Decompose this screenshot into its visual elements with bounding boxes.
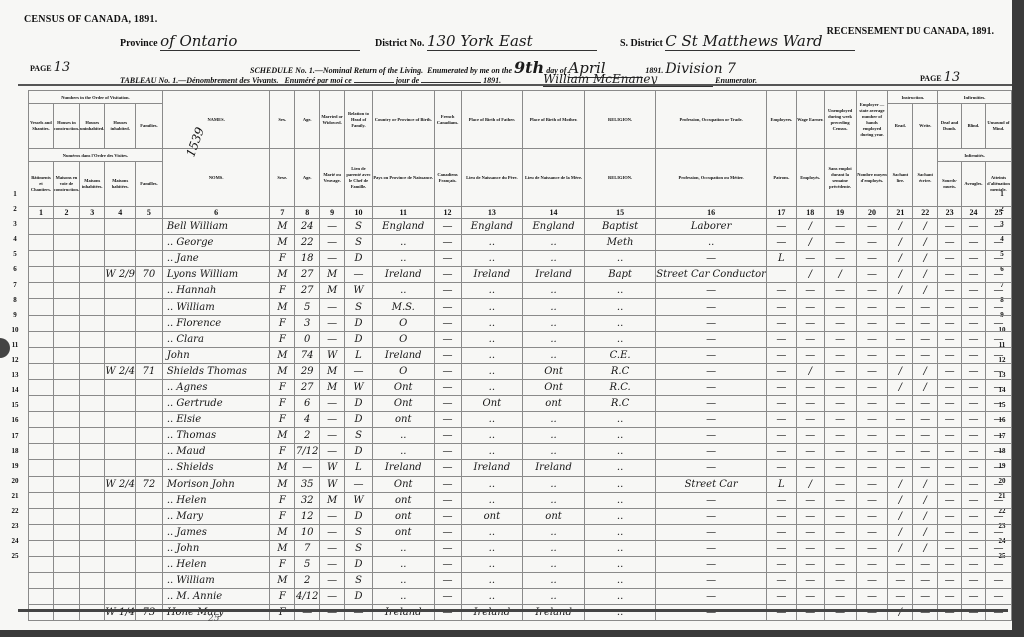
cell-emp bbox=[766, 267, 796, 283]
cell-name: .. M. Annie bbox=[162, 589, 270, 605]
cell-rel: — bbox=[345, 267, 373, 283]
table-row: .. WilliamM2—S..—......—————————— bbox=[29, 573, 1012, 589]
cell-c5 bbox=[135, 524, 162, 540]
cell-deaf: — bbox=[938, 508, 962, 524]
cell-rel: D bbox=[345, 331, 373, 347]
cell-religion: .. bbox=[584, 444, 655, 460]
cell-religion: .. bbox=[584, 331, 655, 347]
cell-hands: — bbox=[856, 251, 888, 267]
cell-mar: — bbox=[320, 589, 345, 605]
cell-rel: S bbox=[345, 573, 373, 589]
cell-mother: England bbox=[523, 219, 585, 235]
cell-mar: W bbox=[320, 347, 345, 363]
cell-father: Ireland bbox=[461, 605, 523, 621]
cell-mar: — bbox=[320, 331, 345, 347]
cell-fr: — bbox=[434, 524, 461, 540]
cell-blind: — bbox=[962, 379, 986, 395]
subdistrict-value: C St Matthews Ward bbox=[665, 32, 855, 51]
cell-write: — bbox=[913, 605, 938, 621]
cell-age: 12 bbox=[295, 508, 320, 524]
column-header-en: Sex. bbox=[270, 91, 295, 149]
column-header-en: Married or Widowed. bbox=[320, 91, 345, 149]
cell-sex: F bbox=[270, 315, 295, 331]
cell-empty bbox=[80, 347, 105, 363]
cell-rel: S bbox=[345, 235, 373, 251]
cell-unemp: — bbox=[824, 508, 856, 524]
cell-wage: — bbox=[796, 492, 824, 508]
row-number: 7 bbox=[6, 278, 24, 293]
cell-religion: Bapt bbox=[584, 267, 655, 283]
cell-rel: S bbox=[345, 428, 373, 444]
cell-father: .. bbox=[461, 315, 523, 331]
cell-c5 bbox=[135, 492, 162, 508]
cell-deaf: — bbox=[938, 299, 962, 315]
cell-religion: .. bbox=[584, 315, 655, 331]
cell-birth: .. bbox=[372, 556, 434, 572]
cell-wage: — bbox=[796, 540, 824, 556]
cell-religion: R.C bbox=[584, 363, 655, 379]
cell-c5 bbox=[135, 589, 162, 605]
cell-religion: C.E. bbox=[584, 347, 655, 363]
cell-hands: — bbox=[856, 605, 888, 621]
cell-hands: — bbox=[856, 476, 888, 492]
cell-name: John bbox=[162, 347, 270, 363]
cell-religion: .. bbox=[584, 299, 655, 315]
column-number: 8 bbox=[295, 207, 320, 219]
cell-name: Lyons William bbox=[162, 267, 270, 283]
cell-mother: .. bbox=[523, 573, 585, 589]
cell-mar: — bbox=[320, 219, 345, 235]
cell-age: — bbox=[295, 605, 320, 621]
page-label: PAGE bbox=[920, 74, 942, 83]
cell-read: — bbox=[888, 347, 913, 363]
cell-empty bbox=[80, 219, 105, 235]
cell-occ: — bbox=[656, 524, 767, 540]
cell-c4 bbox=[105, 315, 136, 331]
cell-empty bbox=[80, 267, 105, 283]
cell-wage: / bbox=[796, 476, 824, 492]
cell-religion: .. bbox=[584, 573, 655, 589]
cell-mar: W bbox=[320, 460, 345, 476]
cell-write: — bbox=[913, 331, 938, 347]
cell-unsound: — bbox=[985, 267, 1011, 283]
cell-father: Ont bbox=[461, 396, 523, 412]
cell-empty bbox=[80, 589, 105, 605]
cell-empty bbox=[53, 540, 79, 556]
cell-blind: — bbox=[962, 219, 986, 235]
cell-unsound: — bbox=[985, 476, 1011, 492]
column-number: 23 bbox=[938, 207, 962, 219]
cell-name: .. Agnes bbox=[162, 379, 270, 395]
cell-father: .. bbox=[461, 299, 523, 315]
header-group-dwellings: Numbers in the Order of Visitation. bbox=[29, 91, 163, 104]
cell-sex: M bbox=[270, 235, 295, 251]
cell-empty bbox=[80, 283, 105, 299]
cell-name: .. Elsie bbox=[162, 412, 270, 428]
cell-empty bbox=[29, 267, 54, 283]
cell-unsound: — bbox=[985, 219, 1011, 235]
cell-emp: — bbox=[766, 589, 796, 605]
row-number: 1 bbox=[6, 187, 24, 202]
cell-age: 10 bbox=[295, 524, 320, 540]
cell-empty bbox=[53, 396, 79, 412]
cell-c4: W 2/4 bbox=[105, 476, 136, 492]
cell-blind: — bbox=[962, 283, 986, 299]
cell-empty bbox=[29, 573, 54, 589]
cell-mar: — bbox=[320, 605, 345, 621]
cell-empty bbox=[29, 524, 54, 540]
cell-name: .. Helen bbox=[162, 492, 270, 508]
cell-name: Bell William bbox=[162, 219, 270, 235]
cell-unemp: — bbox=[824, 460, 856, 476]
cell-empty bbox=[29, 476, 54, 492]
cell-sex: M bbox=[270, 363, 295, 379]
cell-age: 4 bbox=[295, 412, 320, 428]
cell-unsound: — bbox=[985, 573, 1011, 589]
cell-unemp: — bbox=[824, 219, 856, 235]
cell-mar: — bbox=[320, 524, 345, 540]
cell-age: 5 bbox=[295, 299, 320, 315]
cell-read: — bbox=[888, 331, 913, 347]
cell-write: — bbox=[913, 573, 938, 589]
cell-wage: — bbox=[796, 605, 824, 621]
row-number: 15 bbox=[6, 398, 24, 413]
cell-blind: — bbox=[962, 428, 986, 444]
cell-mar: — bbox=[320, 396, 345, 412]
column-header-fr: Nombre moyen d'employés. bbox=[856, 149, 888, 207]
cell-c5 bbox=[135, 347, 162, 363]
cell-empty bbox=[29, 396, 54, 412]
cell-hands: — bbox=[856, 412, 888, 428]
cell-empty bbox=[29, 379, 54, 395]
cell-fr: — bbox=[434, 283, 461, 299]
cell-empty bbox=[80, 573, 105, 589]
table-row: .. ElsieF4—Dont—......—————————— bbox=[29, 412, 1012, 428]
cell-unemp: — bbox=[824, 492, 856, 508]
cell-rel: D bbox=[345, 251, 373, 267]
cell-name: .. John bbox=[162, 540, 270, 556]
page-number-left: PAGE 13 bbox=[30, 60, 70, 75]
cell-empty bbox=[80, 508, 105, 524]
cell-name: .. James bbox=[162, 524, 270, 540]
cell-occ: .. bbox=[656, 235, 767, 251]
row-number: 23 bbox=[6, 519, 24, 534]
cell-rel: S bbox=[345, 299, 373, 315]
cell-deaf: — bbox=[938, 428, 962, 444]
column-header-en: Houses inhabited. bbox=[105, 104, 136, 149]
column-header-en: French Canadians. bbox=[434, 91, 461, 149]
cell-blind: — bbox=[962, 524, 986, 540]
cell-empty bbox=[29, 331, 54, 347]
cell-emp: — bbox=[766, 524, 796, 540]
cell-fr: — bbox=[434, 315, 461, 331]
cell-mother: .. bbox=[523, 347, 585, 363]
cell-mar: — bbox=[320, 428, 345, 444]
cell-name: .. Clara bbox=[162, 331, 270, 347]
table-row: .. ShieldsM—WLIreland—IrelandIreland..——… bbox=[29, 460, 1012, 476]
cell-mar: — bbox=[320, 235, 345, 251]
cell-c4 bbox=[105, 412, 136, 428]
cell-name: .. Helen bbox=[162, 556, 270, 572]
cell-deaf: — bbox=[938, 315, 962, 331]
cell-blind: — bbox=[962, 396, 986, 412]
cell-emp: — bbox=[766, 363, 796, 379]
cell-write: — bbox=[913, 347, 938, 363]
cell-wage: — bbox=[796, 396, 824, 412]
cell-sex: F bbox=[270, 444, 295, 460]
cell-unemp: — bbox=[824, 347, 856, 363]
cell-sex: F bbox=[270, 556, 295, 572]
cell-read: — bbox=[888, 556, 913, 572]
row-number: 9 bbox=[6, 308, 24, 323]
column-header-fr: Canadiens Français. bbox=[434, 149, 461, 207]
cell-unsound: — bbox=[985, 235, 1011, 251]
cell-empty bbox=[53, 556, 79, 572]
cell-fr: — bbox=[434, 540, 461, 556]
column-number: 14 bbox=[523, 207, 585, 219]
cell-age: 35 bbox=[295, 476, 320, 492]
cell-unemp: — bbox=[824, 315, 856, 331]
cell-unemp: — bbox=[824, 235, 856, 251]
column-header-en: Houses uninhabited. bbox=[80, 104, 105, 149]
cell-blind: — bbox=[962, 540, 986, 556]
column-header-fr: Employés. bbox=[796, 149, 824, 207]
cell-name: .. William bbox=[162, 299, 270, 315]
column-header-en: Unsound of Mind. bbox=[985, 104, 1011, 149]
cell-birth: Ireland bbox=[372, 460, 434, 476]
cell-c4 bbox=[105, 331, 136, 347]
cell-mother: .. bbox=[523, 299, 585, 315]
cell-occ: — bbox=[656, 347, 767, 363]
cell-c4 bbox=[105, 556, 136, 572]
row-number: 24 bbox=[6, 534, 24, 549]
cell-wage: — bbox=[796, 444, 824, 460]
cell-name: .. Mary bbox=[162, 508, 270, 524]
row-number: 18 bbox=[6, 444, 24, 459]
cell-mother: ont bbox=[523, 396, 585, 412]
cell-age: 7/12 bbox=[295, 444, 320, 460]
cell-fr: — bbox=[434, 363, 461, 379]
cell-fr: — bbox=[434, 396, 461, 412]
cell-occ: — bbox=[656, 379, 767, 395]
column-number: 20 bbox=[856, 207, 888, 219]
cell-rel: L bbox=[345, 460, 373, 476]
cell-wage: — bbox=[796, 283, 824, 299]
cell-religion: .. bbox=[584, 540, 655, 556]
table-row: .. JohnM7—S..—......—————//——— bbox=[29, 540, 1012, 556]
cell-blind: — bbox=[962, 412, 986, 428]
cell-birth: .. bbox=[372, 589, 434, 605]
cell-mar: M bbox=[320, 363, 345, 379]
cell-emp: — bbox=[766, 444, 796, 460]
cell-rel: S bbox=[345, 219, 373, 235]
census-title-en: CENSUS OF CANADA, 1891. bbox=[24, 14, 157, 25]
cell-empty bbox=[53, 444, 79, 460]
cell-father: .. bbox=[461, 428, 523, 444]
cell-empty bbox=[53, 235, 79, 251]
cell-father: England bbox=[461, 219, 523, 235]
cell-c5 bbox=[135, 379, 162, 395]
cell-blind: — bbox=[962, 363, 986, 379]
column-header-fr: NOMS. bbox=[162, 149, 270, 207]
cell-occ: — bbox=[656, 573, 767, 589]
cell-c4 bbox=[105, 219, 136, 235]
cell-c4 bbox=[105, 235, 136, 251]
cell-sex: M bbox=[270, 573, 295, 589]
table-row: .. JaneF18—D..—......—L———//——— bbox=[29, 251, 1012, 267]
cell-occ: — bbox=[656, 412, 767, 428]
cell-write: / bbox=[913, 219, 938, 235]
cell-hands: — bbox=[856, 299, 888, 315]
cell-mother: .. bbox=[523, 589, 585, 605]
cell-c5 bbox=[135, 556, 162, 572]
cell-age: 27 bbox=[295, 267, 320, 283]
cell-unsound: — bbox=[985, 556, 1011, 572]
cell-father: ont bbox=[461, 508, 523, 524]
cell-birth: Ont bbox=[372, 396, 434, 412]
column-header-en: Families. bbox=[135, 104, 162, 149]
cell-rel: S bbox=[345, 540, 373, 556]
table-row: .. HelenF32MWont—......—————//——— bbox=[29, 492, 1012, 508]
cell-read: — bbox=[888, 396, 913, 412]
cell-birth: .. bbox=[372, 540, 434, 556]
column-header-fr: RELIGION. bbox=[584, 149, 655, 207]
cell-occ: Street Car bbox=[656, 476, 767, 492]
table-row: W 1/473Hone MaryF———Ireland—IrelandIrela… bbox=[29, 605, 1012, 621]
cell-c5 bbox=[135, 315, 162, 331]
column-header-fr: Profession, Occupation ou Métier. bbox=[656, 149, 767, 207]
cell-c4 bbox=[105, 396, 136, 412]
cell-fr: — bbox=[434, 219, 461, 235]
cell-father: .. bbox=[461, 492, 523, 508]
cell-c5: 70 bbox=[135, 267, 162, 283]
cell-wage: / bbox=[796, 219, 824, 235]
page-value: 13 bbox=[54, 60, 71, 75]
column-number: 9 bbox=[320, 207, 345, 219]
district-value: 130 York East bbox=[427, 32, 597, 51]
cell-sex: F bbox=[270, 331, 295, 347]
column-number: 10 bbox=[345, 207, 373, 219]
cell-father: .. bbox=[461, 412, 523, 428]
cell-rel: W bbox=[345, 283, 373, 299]
cell-write: / bbox=[913, 476, 938, 492]
cell-rel: — bbox=[345, 476, 373, 492]
cell-birth: Ireland bbox=[372, 267, 434, 283]
row-number: 8 bbox=[6, 293, 24, 308]
column-header-en: Age. bbox=[295, 91, 320, 149]
cell-blind: — bbox=[962, 251, 986, 267]
cell-rel: D bbox=[345, 315, 373, 331]
cell-birth: ont bbox=[372, 412, 434, 428]
cell-occ: — bbox=[656, 283, 767, 299]
cell-wage: — bbox=[796, 331, 824, 347]
cell-c5 bbox=[135, 219, 162, 235]
cell-father: Ireland bbox=[461, 460, 523, 476]
row-numbers-left: 1234567891011121314151617181920212223242… bbox=[6, 187, 24, 564]
cell-occ: — bbox=[656, 444, 767, 460]
column-header-en: Employer — state average number of hands… bbox=[856, 91, 888, 149]
column-header-fr: Maisons habitées. bbox=[105, 162, 136, 207]
column-header-fr: Lieu de Naissance du Père. bbox=[461, 149, 523, 207]
cell-unemp: — bbox=[824, 379, 856, 395]
cell-deaf: — bbox=[938, 283, 962, 299]
cell-blind: — bbox=[962, 299, 986, 315]
cell-empty bbox=[53, 363, 79, 379]
cell-name: .. Hannah bbox=[162, 283, 270, 299]
cell-blind: — bbox=[962, 315, 986, 331]
cell-hands: — bbox=[856, 444, 888, 460]
cell-c4 bbox=[105, 508, 136, 524]
cell-unemp: — bbox=[824, 444, 856, 460]
cell-fr: — bbox=[434, 412, 461, 428]
scan-edge-bottom bbox=[0, 630, 1024, 637]
cell-occ: — bbox=[656, 508, 767, 524]
cell-read: / bbox=[888, 363, 913, 379]
cell-empty bbox=[53, 573, 79, 589]
cell-empty bbox=[80, 331, 105, 347]
cell-mother: Ireland bbox=[523, 267, 585, 283]
cell-blind: — bbox=[962, 267, 986, 283]
cell-unemp: — bbox=[824, 251, 856, 267]
cell-mar: — bbox=[320, 251, 345, 267]
cell-father: .. bbox=[461, 251, 523, 267]
cell-father: .. bbox=[461, 589, 523, 605]
cell-birth: ont bbox=[372, 492, 434, 508]
cell-age: 2 bbox=[295, 573, 320, 589]
cell-wage: — bbox=[796, 573, 824, 589]
table-row: .. ClaraF0—DO—......—————————— bbox=[29, 331, 1012, 347]
cell-read: / bbox=[888, 476, 913, 492]
column-number: 24 bbox=[962, 207, 986, 219]
cell-sex: F bbox=[270, 379, 295, 395]
cell-occ: — bbox=[656, 556, 767, 572]
cell-empty bbox=[29, 283, 54, 299]
cell-occ: — bbox=[656, 428, 767, 444]
cell-birth: Ont bbox=[372, 476, 434, 492]
cell-emp: — bbox=[766, 428, 796, 444]
cell-hands: — bbox=[856, 267, 888, 283]
cell-wage: / bbox=[796, 235, 824, 251]
cell-mother: Ont bbox=[523, 363, 585, 379]
column-number: 12 bbox=[434, 207, 461, 219]
cell-read: — bbox=[888, 589, 913, 605]
cell-age: 6 bbox=[295, 396, 320, 412]
cell-write: / bbox=[913, 267, 938, 283]
cell-fr: — bbox=[434, 379, 461, 395]
cell-religion: Baptist bbox=[584, 219, 655, 235]
subdistrict-field: S. District C St Matthews Ward bbox=[620, 32, 855, 51]
cell-emp: — bbox=[766, 492, 796, 508]
cell-empty bbox=[29, 444, 54, 460]
cell-deaf: — bbox=[938, 331, 962, 347]
cell-religion: .. bbox=[584, 605, 655, 621]
table-row: .. ThomasM2—S..—......—————————— bbox=[29, 428, 1012, 444]
cell-name: .. Thomas bbox=[162, 428, 270, 444]
cell-fr: — bbox=[434, 573, 461, 589]
column-number: 13 bbox=[461, 207, 523, 219]
column-header-en: Write. bbox=[913, 104, 938, 149]
cell-occ: — bbox=[656, 396, 767, 412]
table-row: .. MaudF7/12—D..—......—————————— bbox=[29, 444, 1012, 460]
column-header-en: Deaf and Dumb. bbox=[938, 104, 962, 149]
column-number: 11 bbox=[372, 207, 434, 219]
cell-empty bbox=[80, 412, 105, 428]
cell-c5 bbox=[135, 396, 162, 412]
cell-empty bbox=[29, 235, 54, 251]
cell-mar: M bbox=[320, 379, 345, 395]
cell-wage: — bbox=[796, 460, 824, 476]
row-number: 20 bbox=[6, 474, 24, 489]
